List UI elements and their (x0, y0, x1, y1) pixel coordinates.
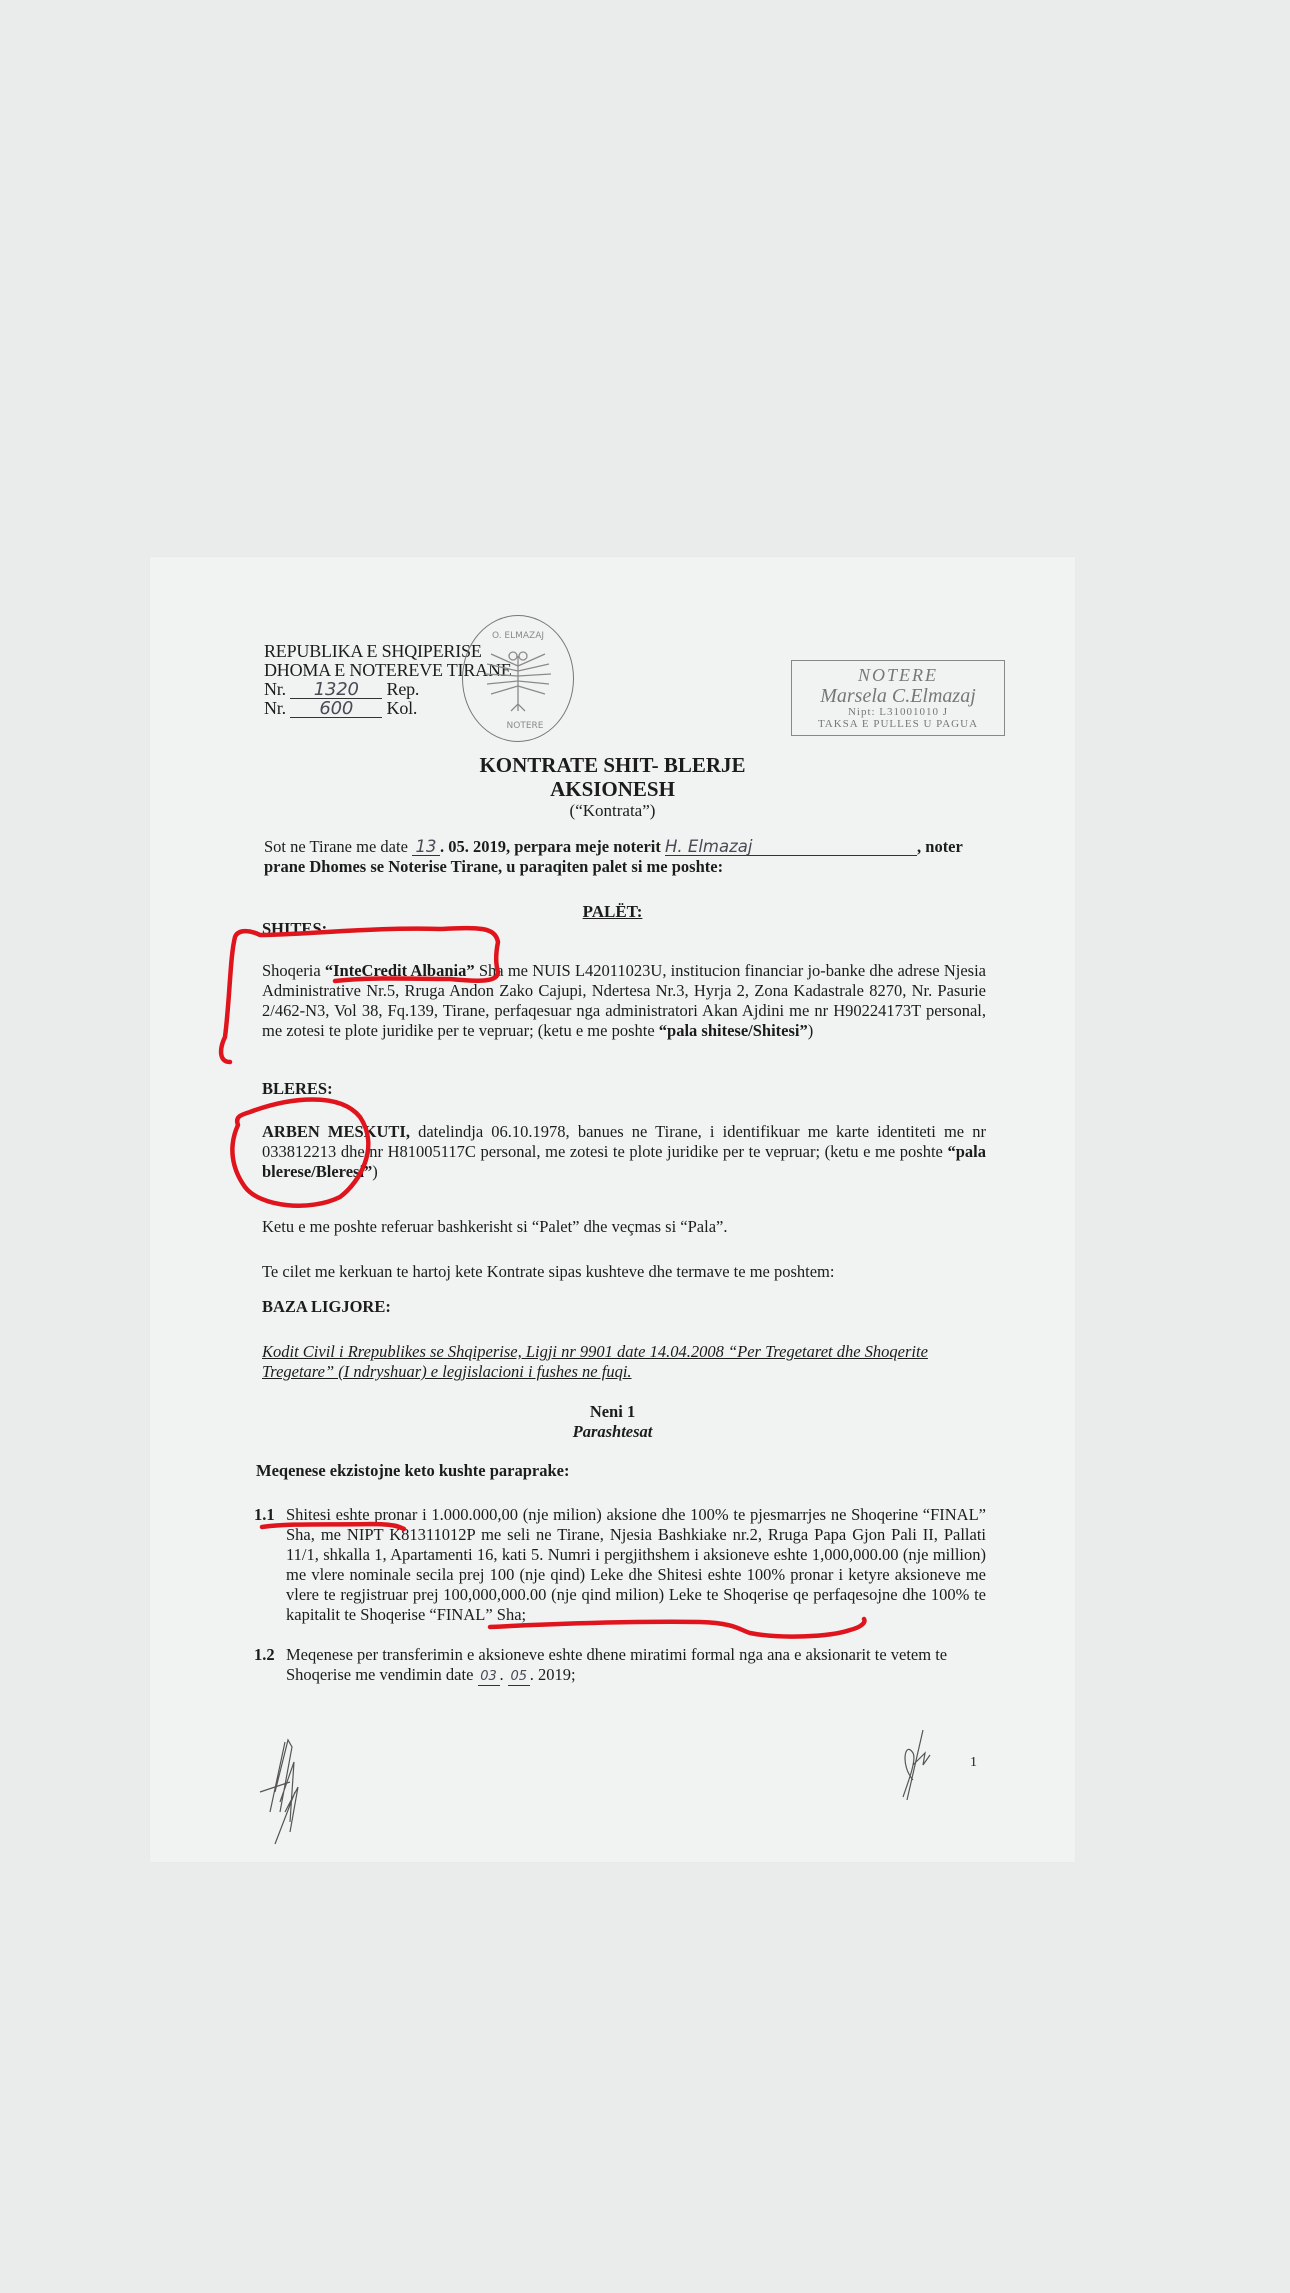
final-company-underline (262, 1524, 404, 1529)
red-annotations (150, 557, 1075, 1862)
buyer-highlight-circle (232, 1100, 368, 1206)
seller-highlight-bracket (221, 928, 498, 1062)
capital-share-underline (490, 1619, 864, 1637)
document-page: REPUBLIKA E SHQIPERISE DHOMA E NOTEREVE … (150, 557, 1075, 1862)
